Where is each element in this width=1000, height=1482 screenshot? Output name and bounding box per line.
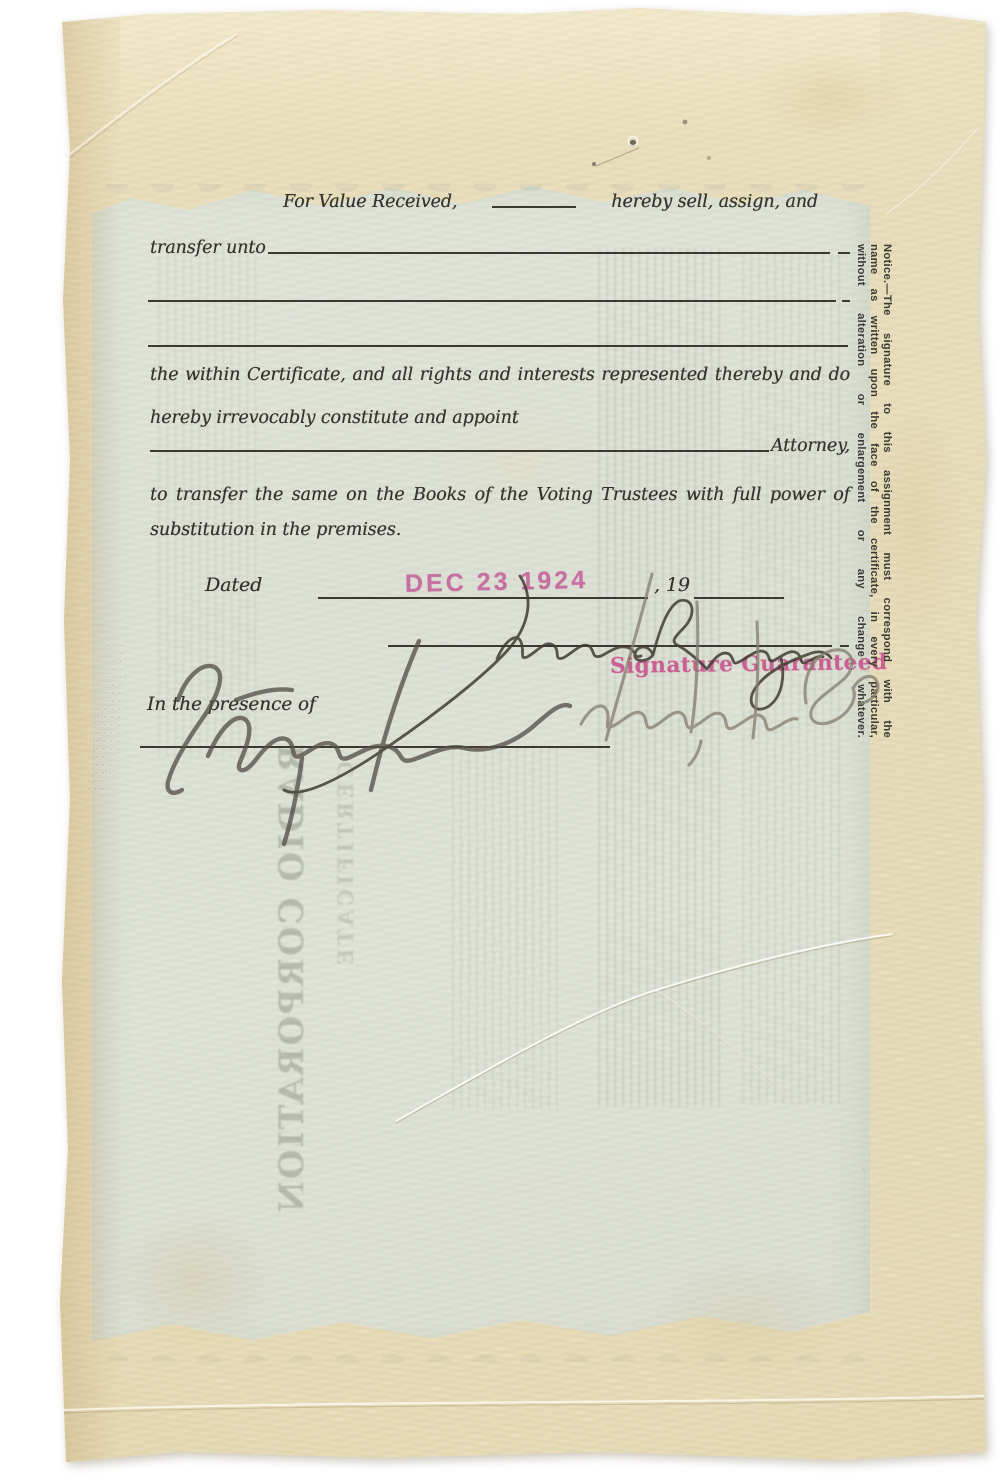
- attorney-text: Attorney,: [771, 436, 850, 456]
- form-line-value-received: For Value Received, hereby sell, assign,…: [283, 192, 818, 212]
- blank-line: [148, 300, 836, 302]
- notice-vertical-text: Notice.—The signature to this assignment…: [854, 244, 893, 738]
- date-stamp: DEC 23 1924: [405, 566, 589, 599]
- form-line-within-certificate: the within Certificate, and all rights a…: [150, 362, 850, 388]
- blank-line: [150, 450, 769, 452]
- blank-line: [148, 345, 848, 347]
- year-blank-line: [694, 597, 784, 599]
- form-line-transfer-unto: transfer unto: [150, 238, 850, 258]
- notice-line-2: name as written upon the face of the cer…: [867, 244, 880, 738]
- dated-label: Dated: [205, 574, 262, 596]
- scanned-document: RADIO CORPORATION CERTIFICATE For Value …: [0, 0, 1000, 1482]
- paper-grain: [0, 0, 1000, 1482]
- notice-line-1: Notice.—The signature to this assignment…: [880, 244, 893, 738]
- dated-blank-line: [318, 597, 648, 599]
- sell-assign-text: hereby sell, assign, and: [611, 192, 818, 212]
- form-line-attorney: Attorney,: [148, 436, 850, 456]
- value-received-text: For Value Received,: [283, 192, 457, 212]
- form-line-substitution: substitution in the premises.: [150, 520, 401, 540]
- punched-serial-perforation: [85, 641, 124, 792]
- signature-guaranteed-stamp: Signature Guaranteed: [610, 650, 888, 679]
- line-end-dash: [842, 300, 850, 302]
- witness-signature-line: [140, 746, 610, 748]
- line-end-dash: [838, 252, 850, 254]
- transfer-unto-text: transfer unto: [150, 238, 266, 258]
- line-end-dash: [840, 645, 849, 647]
- year-prefix: , 19: [654, 574, 690, 596]
- form-line-constitute-appoint: hereby irrevocably constitute and appoin…: [150, 408, 519, 428]
- signature-line: [388, 645, 832, 647]
- blank-line: [492, 206, 576, 208]
- form-line-transfer-books: to transfer the same on the Books of the…: [150, 482, 850, 508]
- presence-label: In the presence of: [147, 694, 316, 715]
- notice-line-3: without alteration or enlargement or any…: [854, 244, 867, 738]
- blank-line: [268, 252, 830, 254]
- certificate-back-paper: RADIO CORPORATION CERTIFICATE For Value …: [0, 0, 1000, 1482]
